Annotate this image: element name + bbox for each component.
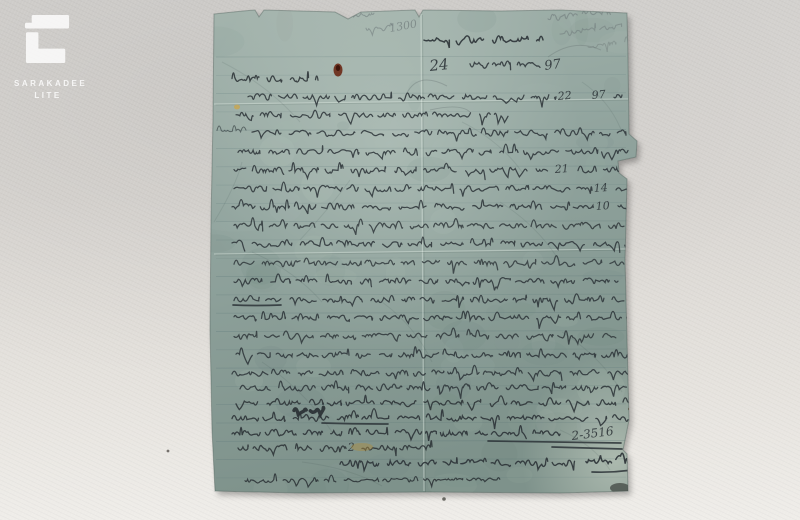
photo-of-letter: 2497229721141022-35161300 SARAKADEE LITE: [0, 0, 800, 520]
mottle-patch: [308, 469, 349, 503]
watermark-title: SARAKADEE: [14, 79, 82, 89]
yellow-smudge: [351, 443, 373, 451]
mottle-patch: [428, 473, 477, 497]
rust-core: [336, 65, 340, 71]
handwritten-numeral: 22: [556, 89, 572, 103]
handwritten-numeral: 10: [595, 199, 610, 213]
ink-underline: [322, 423, 388, 424]
watermark: SARAKADEE LITE: [14, 13, 82, 101]
handwritten-numeral: 24: [428, 55, 450, 75]
mottle-patch: [507, 467, 533, 483]
mottle-patch: [436, 369, 471, 401]
mottle-patch: [552, 14, 572, 45]
backdrop-speck: [442, 497, 446, 501]
yellow-dot: [234, 105, 240, 110]
mottle-patch: [523, 251, 544, 271]
edge-speck: [628, 407, 632, 410]
mottle-patch: [276, 6, 293, 42]
handwritten-numeral: 21: [553, 162, 569, 176]
mottle-patch: [253, 476, 287, 502]
mottle-patch: [189, 27, 244, 57]
mottle-patch: [604, 77, 620, 94]
watermark-subtitle: LITE: [14, 91, 82, 101]
backdrop-speck: [167, 450, 170, 453]
sarakadee-logo-icon: [25, 13, 71, 65]
handwritten-numeral: 14: [593, 181, 608, 195]
mottle-patch: [337, 121, 349, 130]
handwritten-numeral: 97: [543, 57, 562, 74]
mottle-patch: [272, 121, 303, 144]
mottle-patch: [431, 136, 466, 169]
mottle-patch: [457, 5, 496, 32]
mottle-patch: [589, 134, 608, 151]
mottle-patch: [552, 316, 578, 327]
handwritten-numeral: 97: [591, 88, 606, 102]
mottle-patch: [390, 111, 426, 142]
mottle-patch: [194, 234, 235, 252]
ink-underline: [233, 305, 281, 306]
letter-scene: 2497229721141022-35161300: [0, 0, 800, 520]
